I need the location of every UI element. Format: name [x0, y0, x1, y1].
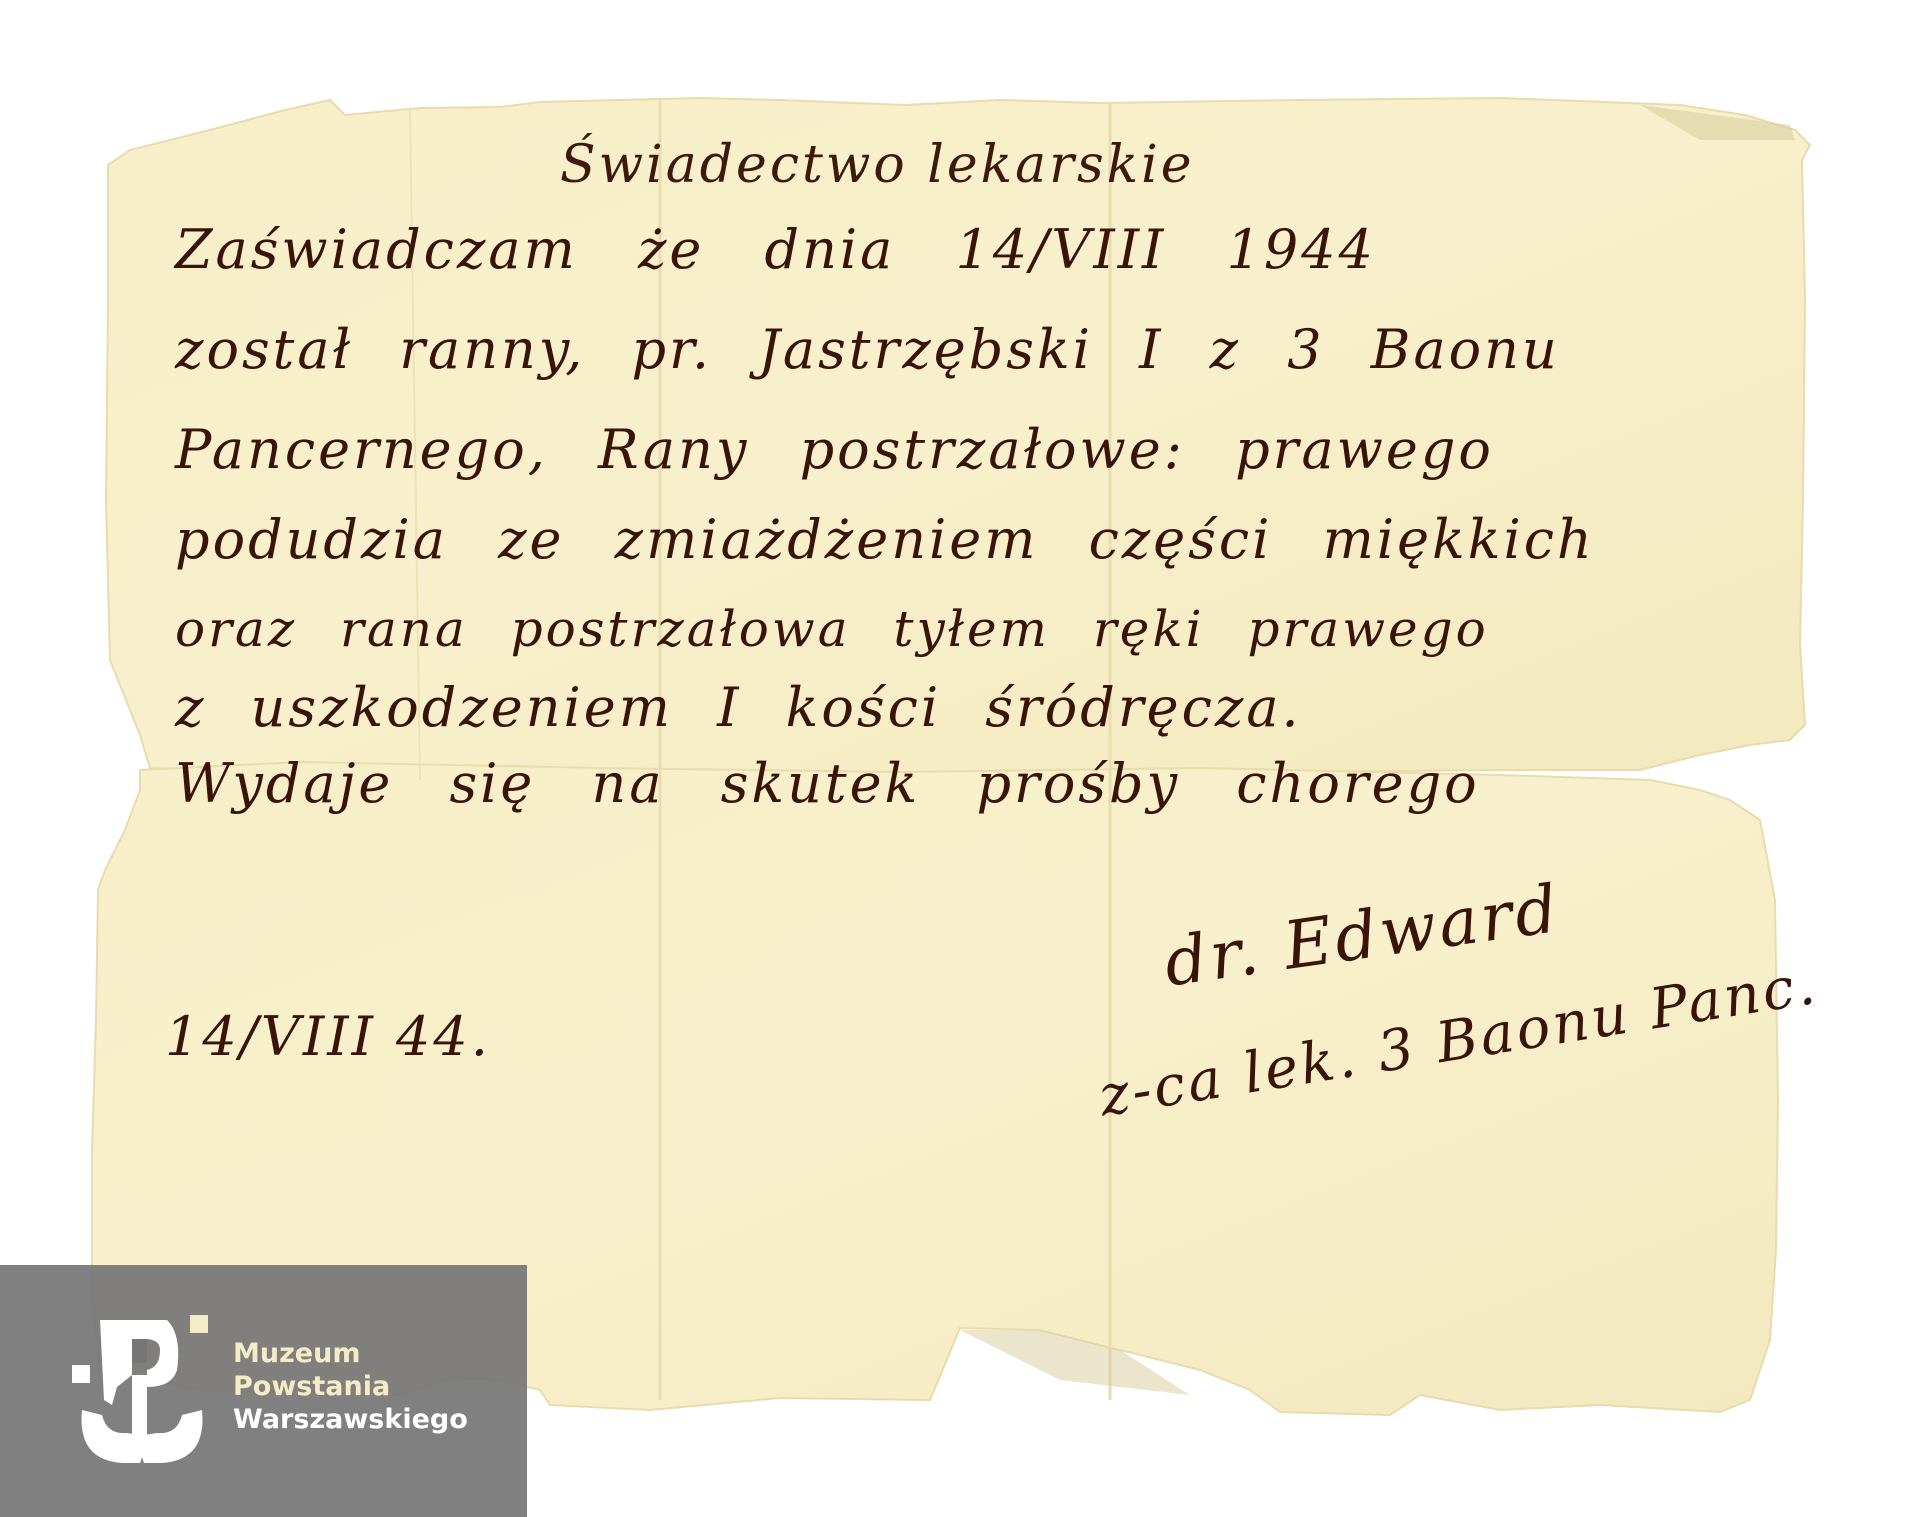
text-line-3: Pancernego, Rany postrzałowe: prawego: [175, 418, 1494, 481]
text-line-1: Zaświadczam że dnia 14/VIII 1944: [175, 218, 1376, 281]
text-line-6: z uszkodzeniem I kości śródręcza.: [175, 676, 1302, 739]
museum-name-line-2: Powstania: [233, 1370, 468, 1403]
museum-name-line-1: Muzeum: [233, 1337, 468, 1370]
kotwica-anchor-icon: [72, 1315, 212, 1465]
document-title: Świadectwo lekarskie: [560, 135, 1195, 195]
museum-watermark: Muzeum Powstania Warszawskiego: [0, 1265, 527, 1517]
museum-name-line-3: Warszawskiego: [233, 1403, 468, 1436]
document-date: 14/VIII 44.: [165, 1005, 491, 1068]
text-line-7: Wydaje się na skutek prośby chorego: [175, 752, 1480, 815]
text-line-2: został ranny, pr. Jastrzębski I z 3 Baon…: [175, 318, 1560, 381]
text-line-5: oraz rana postrzałowa tyłem ręki prawego: [175, 600, 1489, 658]
museum-name: Muzeum Powstania Warszawskiego: [233, 1337, 468, 1436]
text-line-4: podudzia ze zmiażdżeniem części miękkich: [175, 508, 1595, 571]
